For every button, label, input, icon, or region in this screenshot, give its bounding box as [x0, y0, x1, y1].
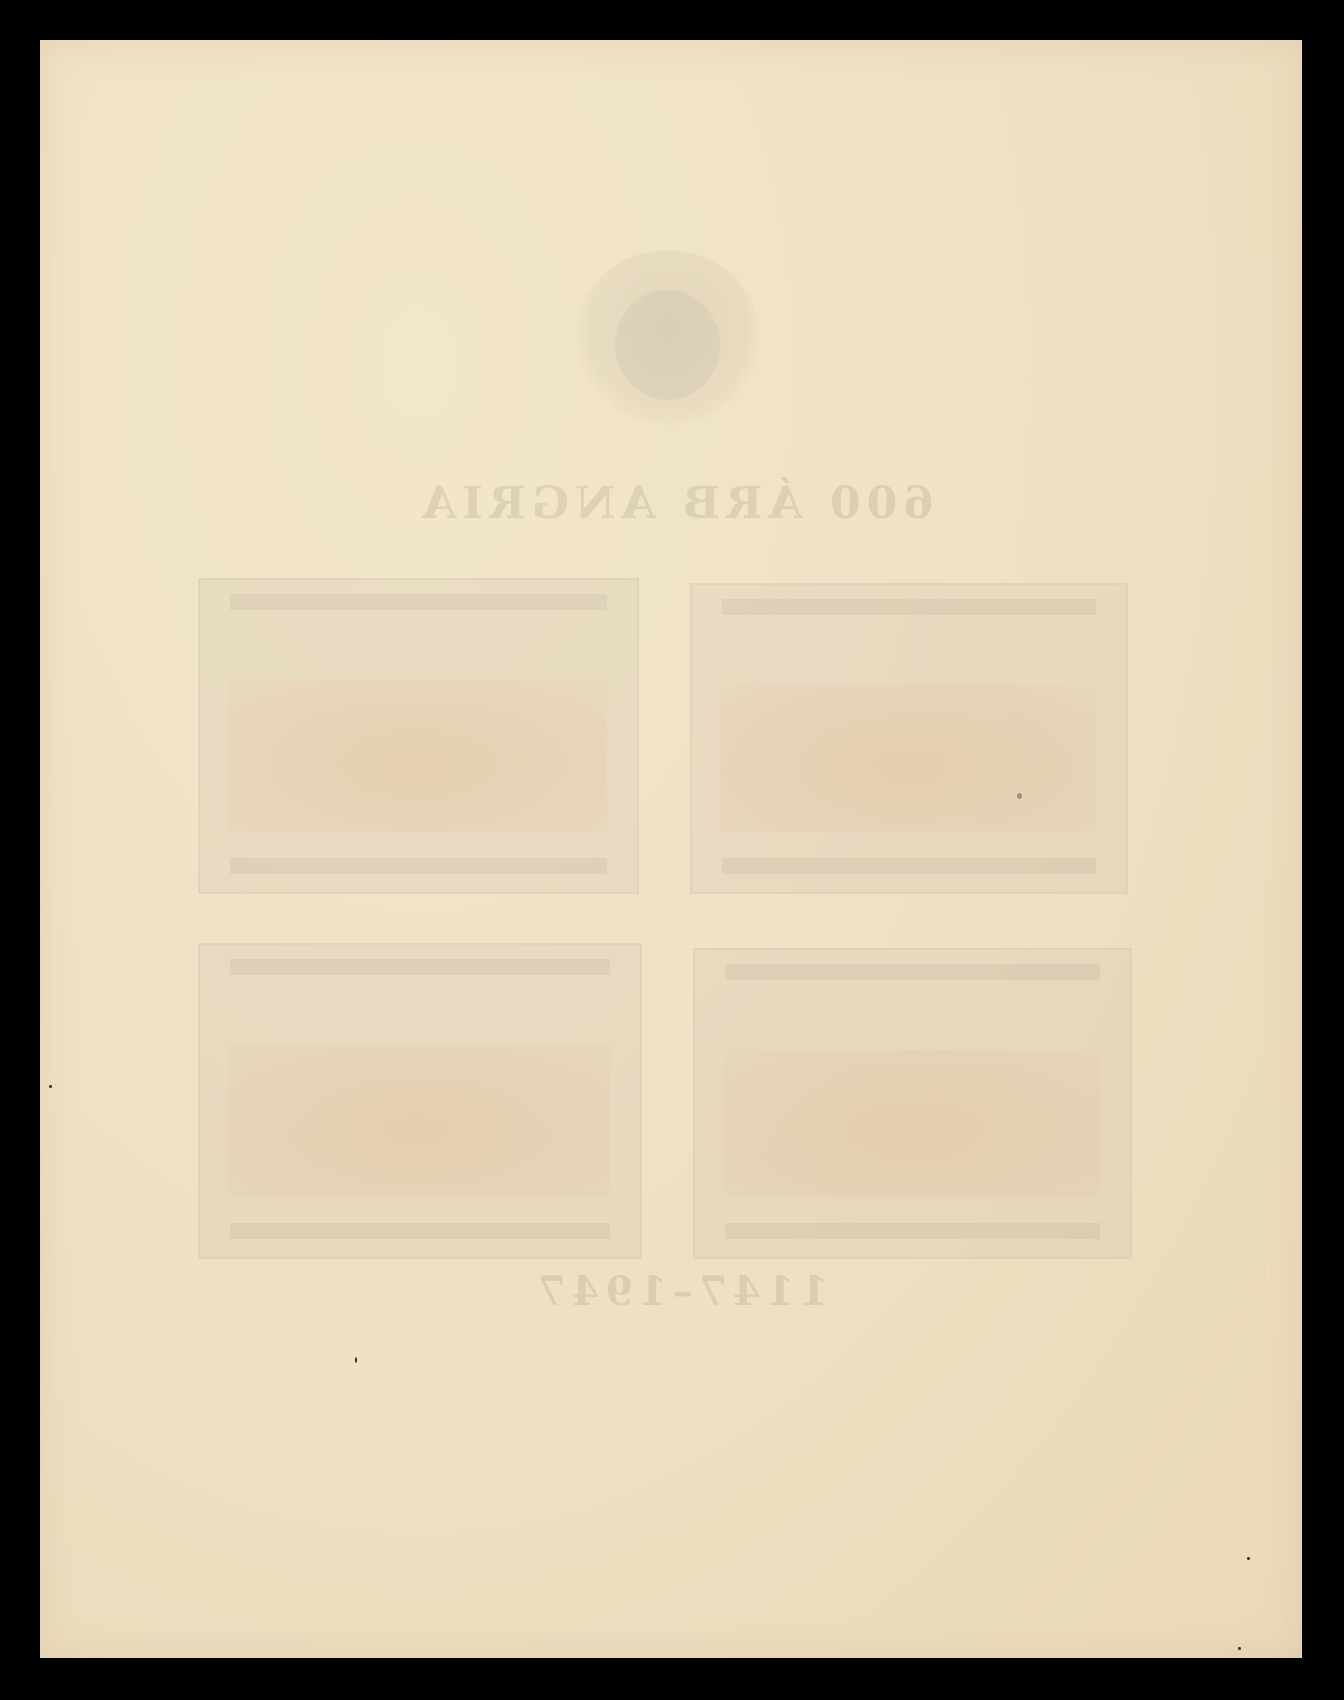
- stamp-image-showthrough: [228, 680, 607, 832]
- paper-speck: [1247, 1557, 1250, 1560]
- paper-speck: [355, 1357, 357, 1363]
- stamp-image-showthrough: [723, 1050, 1100, 1197]
- stamp-legend-bottom: [230, 1223, 610, 1239]
- stamp-image-showthrough: [228, 1045, 610, 1197]
- stamp-bottom-left: [198, 943, 642, 1259]
- paper-speck: [49, 1085, 52, 1088]
- mirrored-heading-text: 600 ÁRB ANGRIA: [375, 478, 975, 529]
- stamp-legend-bottom: [722, 858, 1096, 874]
- portrait-medallion-inner: [615, 290, 720, 400]
- stamp-image-showthrough: [720, 685, 1096, 832]
- stamp-top-right: [690, 583, 1128, 894]
- stamp-legend-top: [725, 964, 1100, 980]
- stamp-legend-top: [722, 599, 1096, 615]
- stamp-legend-bottom: [725, 1223, 1100, 1239]
- stamp-legend-top: [230, 594, 607, 610]
- stamp-top-left: [198, 578, 639, 894]
- mirrored-years-text: 1147–1947: [480, 1268, 880, 1315]
- stamp-bottom-right: [693, 948, 1132, 1259]
- stamp-legend-bottom: [230, 858, 607, 874]
- paper-speck: [1017, 793, 1022, 799]
- paper-speck: [1238, 1647, 1241, 1650]
- stamp-legend-top: [230, 959, 610, 975]
